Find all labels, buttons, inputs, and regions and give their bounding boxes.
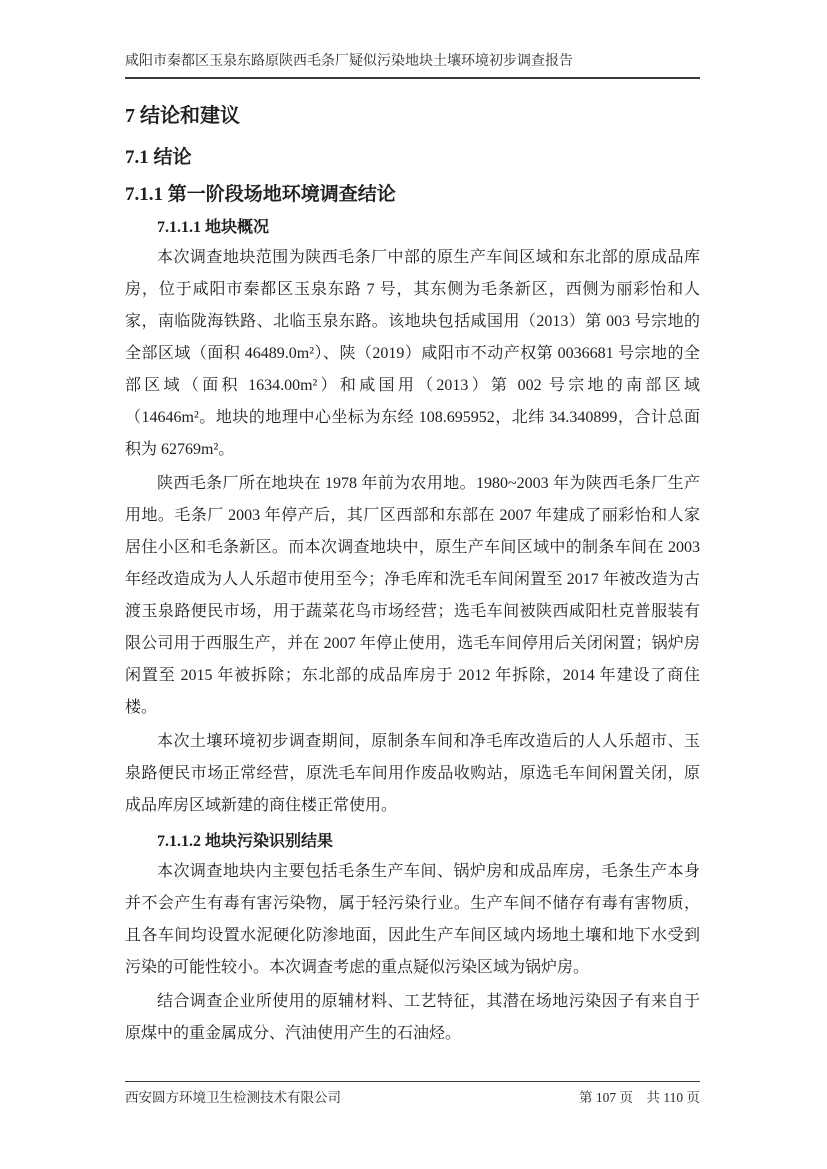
heading-clause-site-overview: 7.1.1.1 地块概况 [125,216,700,240]
paragraph-site-history: 陕西毛条厂所在地块在 1978 年前为农用地。1980~2003 年为陕西毛条厂… [125,468,700,724]
heading-clause-pollution-identification: 7.1.1.2 地块污染识别结果 [125,830,700,854]
footer-page-number: 第 107 页 共 110 页 [579,1089,700,1107]
page-header: 咸阳市秦都区玉泉东路原陕西毛条厂疑似污染地块土壤环境初步调查报告 [125,52,700,79]
heading-section-conclusion: 7.1 结论 [125,144,700,171]
document-page: 咸阳市秦都区玉泉东路原陕西毛条厂疑似污染地块土壤环境初步调查报告 7 结论和建议… [0,0,827,1169]
document-body: 7 结论和建议 7.1 结论 7.1.1 第一阶段场地环境调查结论 7.1.1.… [125,96,700,1050]
heading-subsection-phase1-survey: 7.1.1 第一阶段场地环境调查结论 [125,181,700,208]
page-footer: 西安圆方环境卫生检测技术有限公司 第 107 页 共 110 页 [125,1081,700,1107]
running-header-title: 咸阳市秦都区玉泉东路原陕西毛条厂疑似污染地块土壤环境初步调查报告 [125,52,700,72]
paragraph-current-use: 本次土壤环境初步调查期间，原制条车间和净毛库改造后的人人乐超市、玉泉路便民市场正… [125,726,700,822]
heading-chapter-conclusions: 7 结论和建议 [125,102,700,130]
paragraph-pollution-factors: 结合调查企业所使用的原辅材料、工艺特征，其潜在场地污染因子有来自于原煤中的重金属… [125,986,700,1050]
paragraph-pollution-identification: 本次调查地块内主要包括毛条生产车间、锅炉房和成品库房，毛条生产本身并不会产生有毒… [125,856,700,984]
footer-company-name: 西安圆方环境卫生检测技术有限公司 [125,1089,341,1107]
paragraph-site-scope: 本次调查地块范围为陕西毛条厂中部的原生产车间区域和东北部的原成品库房，位于咸阳市… [125,242,700,466]
